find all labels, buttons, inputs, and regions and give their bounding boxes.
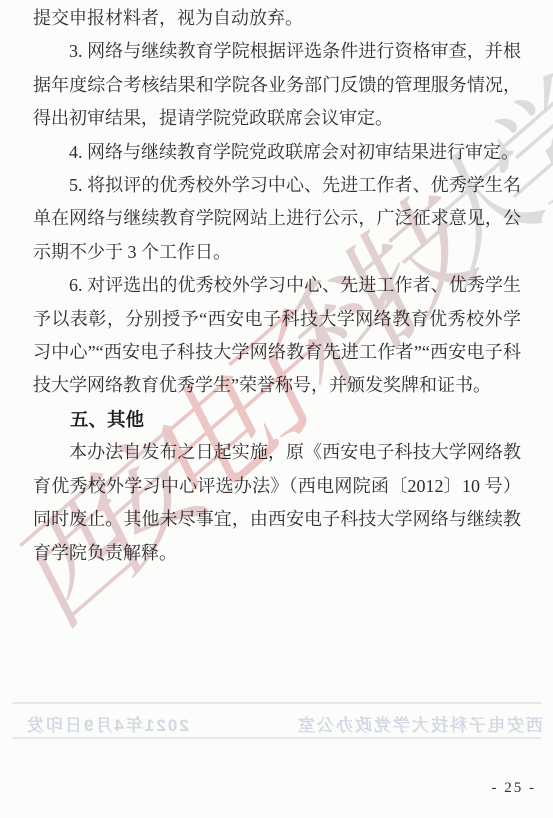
document-body: 提交申报材料者，视为自动放弃。3. 网络与继续教育学院根据评选条件进行资格审查，… (33, 2, 521, 570)
bleedthrough-rule-bottom (12, 737, 541, 739)
paragraph: 3. 网络与继续教育学院根据评选条件进行资格审查，并根据年度综合考核结果和学院各… (33, 35, 521, 135)
bleedthrough-rule-top (12, 702, 541, 704)
page-number: - 25 - (492, 780, 537, 797)
paragraph: 本办法自发布之日起实施，原《西安电子科技大学网络教育优秀校外学习中心评选办法》（… (33, 436, 521, 570)
bleedthrough-print-date: 2021年4月9日印发 (25, 711, 189, 736)
bleedthrough-issuing-office: 西安电子科技大学党政办公室 (296, 711, 543, 736)
paragraph: 5. 将拟评的优秀校外学习中心、先进工作者、优秀学生名单在网络与继续教育学院网站… (33, 169, 521, 269)
paragraph: 4. 网络与继续教育学院党政联席会对初审结果进行审定。 (33, 136, 521, 169)
section-heading: 五、其他 (33, 403, 521, 436)
document-page: 西安电子科技大学 提交申报材料者，视为自动放弃。3. 网络与继续教育学院根据评选… (0, 0, 553, 818)
paragraph: 提交申报材料者，视为自动放弃。 (33, 2, 521, 35)
paragraph: 6. 对评选出的优秀校外学习中心、先进工作者、优秀学生予以表彰，分别授予“西安电… (33, 269, 521, 403)
